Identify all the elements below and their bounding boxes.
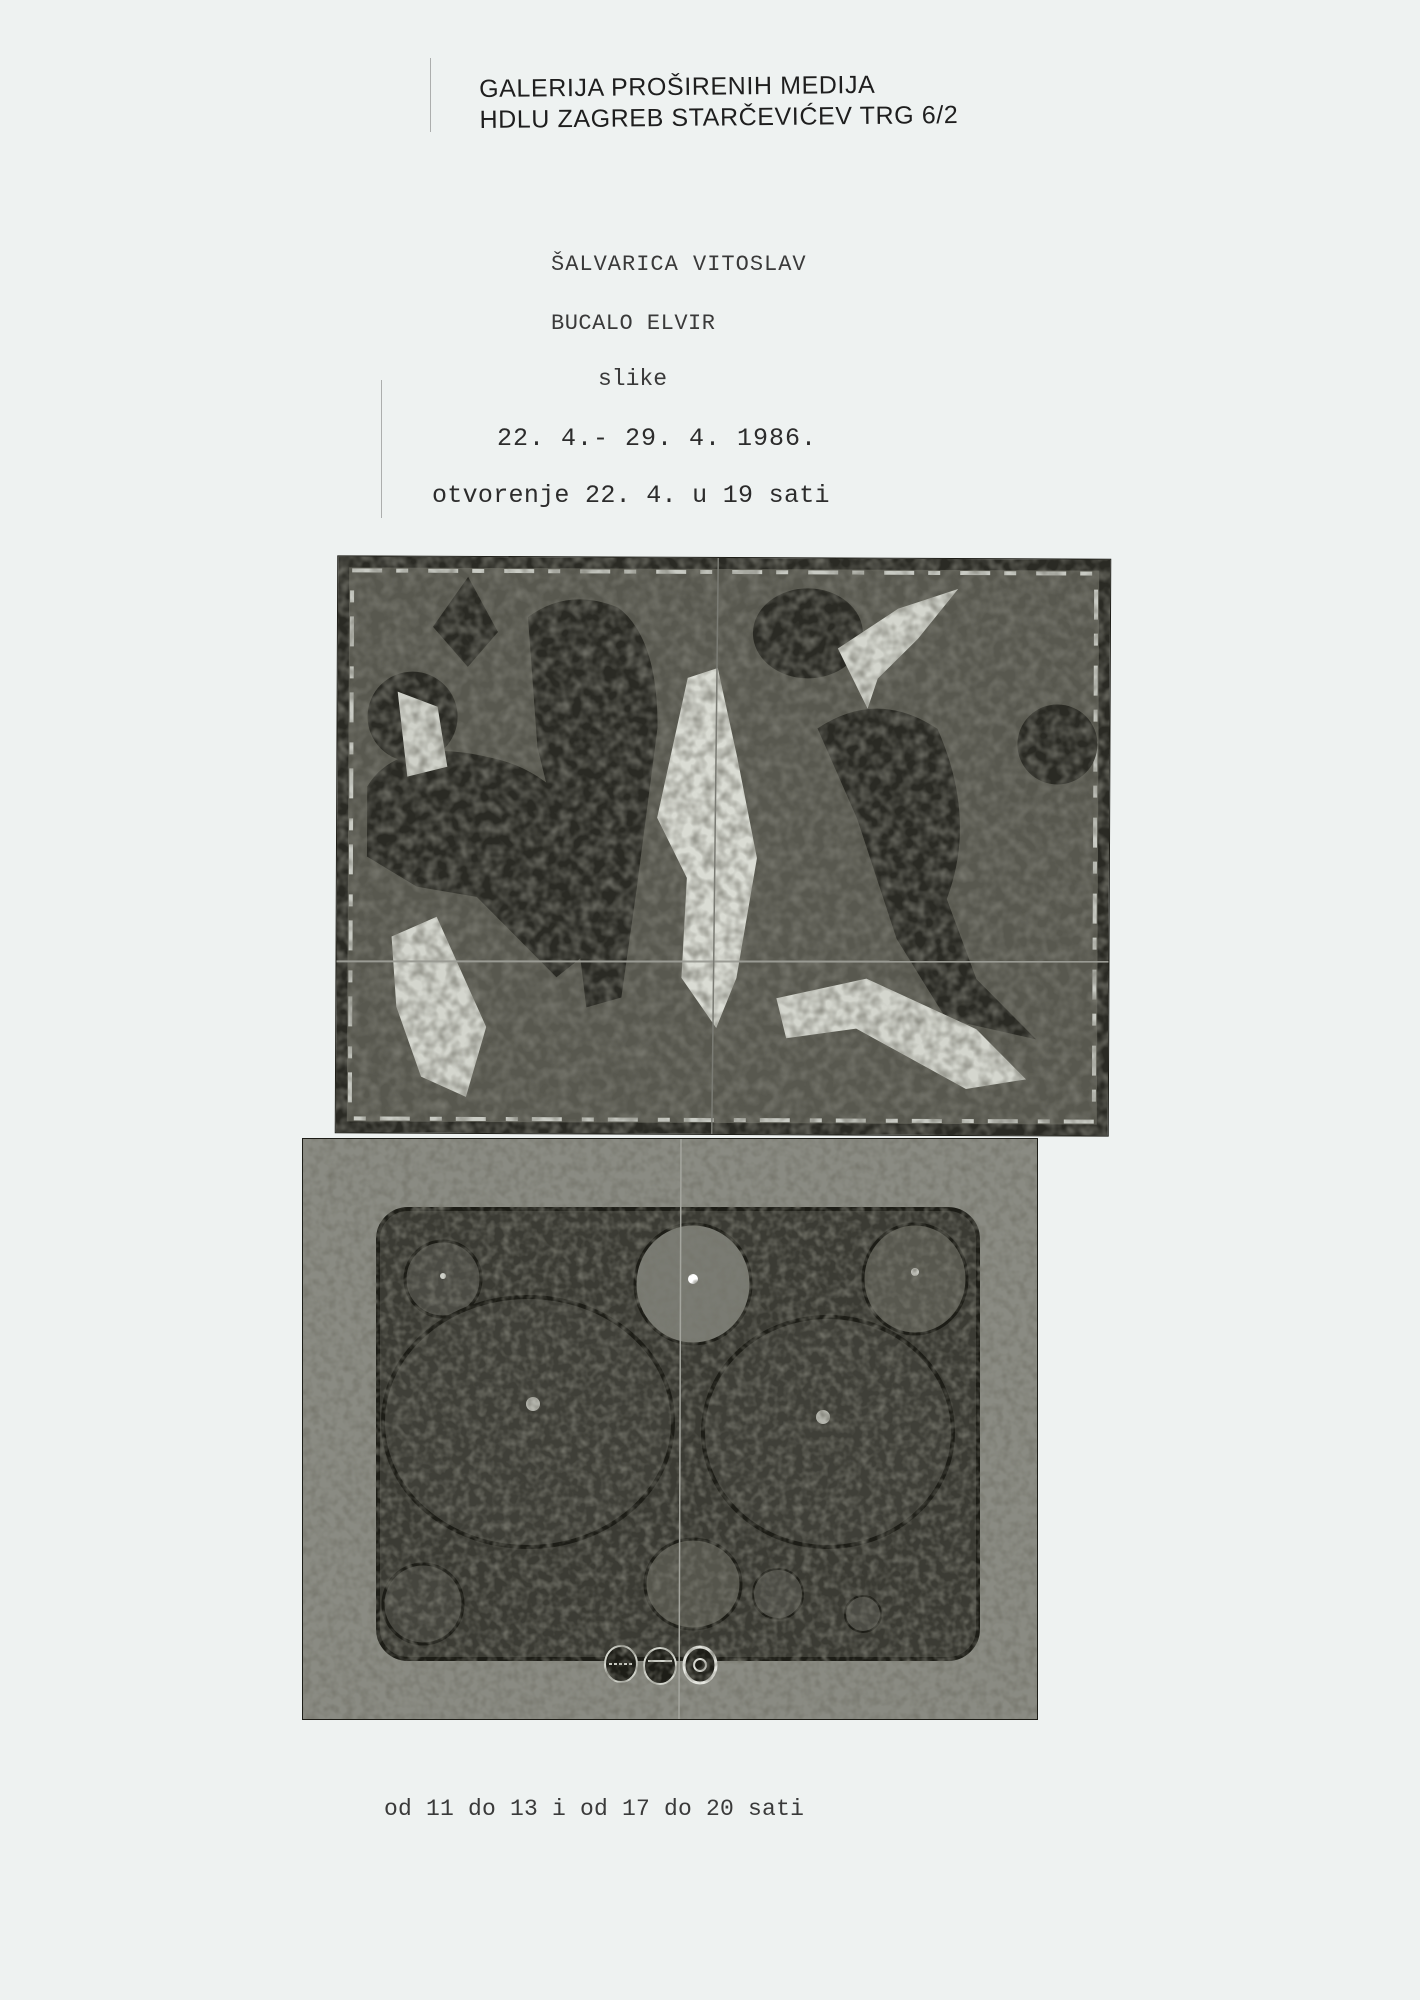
exhibition-dates: 22. 4.- 29. 4. 1986.	[497, 424, 817, 453]
artwork-image-1	[335, 555, 1112, 1136]
margin-rule-top	[430, 58, 431, 132]
artist-name-2: BUCALO ELVIR	[551, 311, 715, 336]
circles-artwork-graphic	[303, 1139, 1037, 1719]
gallery-name: GALERIJA PROŠIRENIH MEDIJA	[479, 69, 958, 105]
artist-name-1: ŠALVARICA VITOSLAV	[551, 252, 807, 277]
figurative-artwork-graphic	[336, 556, 1111, 1135]
gallery-header: GALERIJA PROŠIRENIH MEDIJA HDLU ZAGREB S…	[479, 69, 959, 136]
margin-rule-middle	[381, 380, 382, 518]
medium-label: slike	[598, 366, 667, 392]
gallery-address: HDLU ZAGREB STARČEVIĆEV TRG 6/2	[479, 100, 958, 136]
opening-hours: od 11 do 13 i od 17 do 20 sati	[384, 1796, 804, 1822]
artwork-image-2	[302, 1138, 1038, 1720]
opening-info: otvorenje 22. 4. u 19 sati	[432, 481, 830, 510]
